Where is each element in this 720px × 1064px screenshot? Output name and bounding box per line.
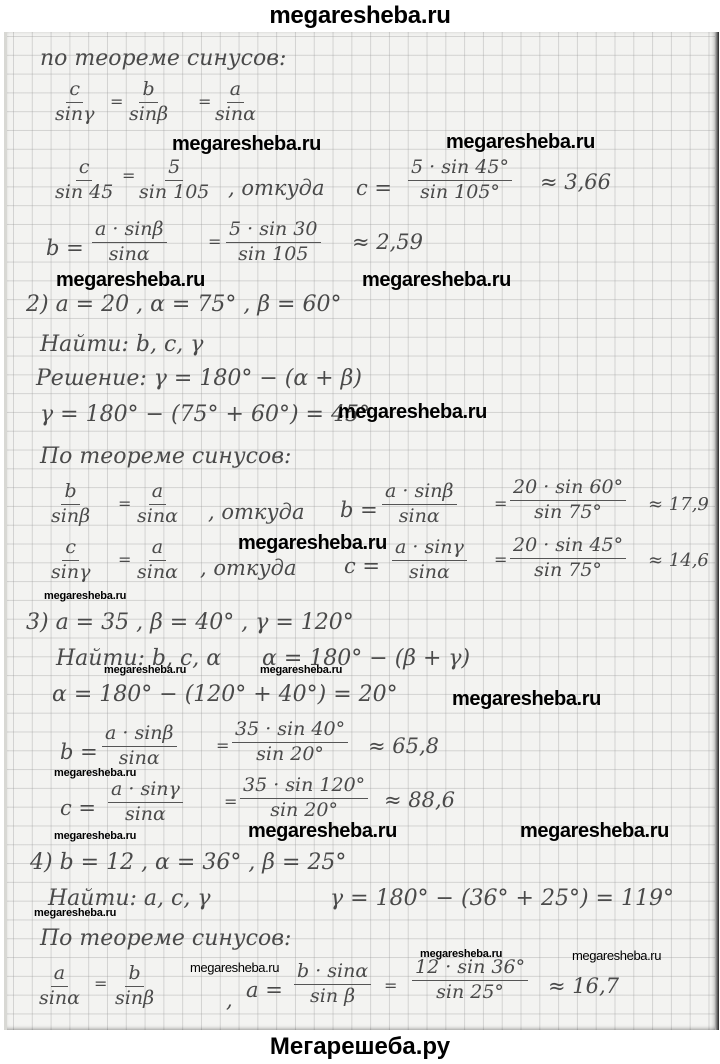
problem-4-given: 4) b = 12 , α = 36° , β = 25°	[30, 852, 346, 874]
problem-2-gamma: γ = 180° − (75° + 60°) = 45°	[40, 404, 370, 426]
problem-2-find: Найти: b, c, γ	[40, 334, 203, 356]
equals-sign: =	[122, 168, 135, 184]
eq-c-rhs: 5sin 105	[136, 158, 212, 203]
watermark: megaresheba.ru	[446, 131, 595, 154]
law-fraction-a: asinα	[212, 80, 259, 125]
equals-sign: =	[494, 552, 507, 568]
p4-eq-a-rhs: bsinβ	[112, 964, 157, 1009]
equals-sign: =	[118, 552, 131, 568]
comma: ,	[226, 990, 233, 1011]
watermark: megaresheba.ru	[260, 664, 342, 676]
problem-2-given: 2) a = 20 , α = 75° , β = 60°	[26, 294, 341, 316]
watermark: megaresheba.ru	[238, 532, 387, 555]
var-b: b =	[60, 742, 98, 763]
otkuda-text: , откуда	[200, 558, 296, 579]
eq-b-fraction-2: 5 · sin 30sin 105	[226, 220, 321, 265]
law-fraction-b: bsinβ	[126, 80, 171, 125]
p4-result-a: ≈ 16,7	[548, 976, 619, 997]
p3-eq-c-fraction-2: 35 · sin 120°sin 20°	[240, 776, 368, 821]
eq-b-fraction-1: a · sinβsinα	[92, 220, 167, 265]
problem-2-theorem-heading: По теореме синусов:	[40, 446, 291, 468]
watermark: megaresheba.ru	[44, 590, 126, 602]
p4-eq-a-fraction-1: b · sinαsin β	[294, 962, 371, 1007]
law-fraction-c: csinγ	[52, 80, 97, 125]
problem-3-alpha: α = 180° − (120° + 40°) = 20°	[52, 684, 398, 706]
watermark: megaresheba.ru	[452, 688, 601, 711]
watermark: megaresheba.ru	[248, 820, 397, 843]
result-c: ≈ 3,66	[540, 172, 611, 193]
site-footer[interactable]: Мегарешеба.ру	[0, 1030, 720, 1064]
p2-result-b: ≈ 17,9	[648, 496, 709, 514]
p2-eq-c-lhs: csinγ	[48, 538, 93, 583]
p3-result-b: ≈ 65,8	[368, 736, 439, 757]
eq-c-result-fraction: 5 · sin 45°sin 105°	[408, 158, 512, 203]
p2-eq-b-lhs: bsinβ	[48, 482, 93, 527]
site-header[interactable]: megaresheba.ru	[0, 0, 720, 32]
watermark: megaresheba.ru	[54, 830, 136, 842]
watermark: megaresheba.ru	[190, 960, 279, 975]
watermark: megaresheba.ru	[572, 948, 661, 963]
p3-eq-b-fraction-1: a · sinβsinα	[102, 724, 177, 769]
equals-sign: =	[494, 496, 507, 512]
equals-sign: =	[208, 234, 221, 250]
var-a: a =	[246, 980, 283, 1001]
equals-sign: =	[198, 94, 211, 110]
watermark: megaresheba.ru	[338, 401, 487, 424]
problem-4-gamma: γ = 180° − (36° + 25°) = 119°	[330, 888, 674, 910]
problem-4-theorem-heading: По теореме синусов:	[40, 928, 291, 950]
otkuda-text: , откуда	[208, 502, 304, 523]
p3-eq-c-fraction-1: a · sinγsinα	[108, 780, 183, 825]
var-c: c =	[344, 556, 380, 577]
p4-eq-a-lhs: asinα	[36, 964, 83, 1009]
equals-sign: =	[94, 976, 107, 992]
p2-eq-b-fraction-1: a · sinβsinα	[382, 482, 457, 527]
watermark: megaresheba.ru	[56, 269, 205, 292]
p2-eq-c-fraction-1: a · sinγsinα	[392, 538, 467, 583]
watermark: megaresheba.ru	[420, 948, 502, 960]
watermark: megaresheba.ru	[172, 133, 321, 156]
var-b: b =	[46, 238, 84, 259]
watermark: megaresheba.ru	[362, 269, 511, 292]
equals-sign: =	[216, 738, 229, 754]
watermark: megaresheba.ru	[34, 907, 116, 919]
p2-eq-b-rhs: asinα	[134, 482, 181, 527]
p3-eq-b-fraction-2: 35 · sin 40°sin 20°	[232, 720, 348, 765]
p4-eq-a-fraction-2: 12 · sin 36°sin 25°	[412, 958, 528, 1003]
problem-3-given: 3) a = 35 , β = 40° , γ = 120°	[26, 612, 354, 634]
page-edge-shadow	[715, 32, 719, 1030]
var-c: c =	[60, 798, 96, 819]
p2-result-c: ≈ 14,6	[648, 552, 709, 570]
equals-sign: =	[224, 794, 237, 810]
problem-2-solution: Решение: γ = 180° − (α + β)	[36, 368, 362, 390]
watermark: megaresheba.ru	[54, 767, 136, 779]
var-b: b =	[340, 500, 378, 521]
equals-sign: =	[110, 94, 123, 110]
p2-eq-c-fraction-2: 20 · sin 45°sin 75°	[510, 536, 626, 581]
equals-sign: =	[384, 978, 397, 994]
p3-result-c: ≈ 88,6	[384, 790, 455, 811]
equals-sign: =	[118, 496, 131, 512]
watermark: megaresheba.ru	[520, 820, 669, 843]
var-c: c =	[356, 178, 392, 199]
watermark: megaresheba.ru	[104, 664, 186, 676]
theorem-heading: по теореме синусов:	[40, 48, 286, 70]
p2-eq-b-fraction-2: 20 · sin 60°sin 75°	[510, 478, 626, 523]
eq-c-lhs: csin 45	[52, 158, 116, 203]
otkuda-text: , откуда	[228, 178, 324, 199]
result-b: ≈ 2,59	[352, 232, 423, 253]
p2-eq-c-rhs: asinα	[134, 538, 181, 583]
